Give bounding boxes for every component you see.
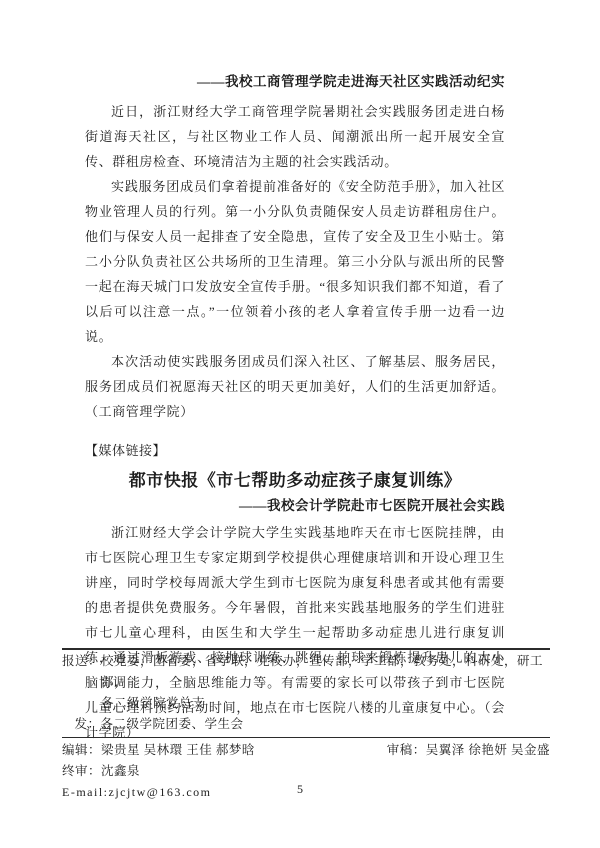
reviewers-names: 审稿：吴翼泽 徐艳妍 吴金盛 [387,740,550,761]
submitted-to-line-1: 校党委，团省委，省学联，党校办，宣传部，学工部，教务处，科研处，研工部， [101,651,550,693]
article1-paragraph-1: 近日，浙江财经大学工商管理学院暑期社会实践服务团走进白杨街道海天社区，与社区物业… [85,99,505,174]
final-review-line: 终审：沈鑫泉 [62,761,550,782]
article1-byline: ——我校工商管理学院走进海天社区实践活动纪实 [85,72,505,92]
submitted-to-row: 报送： 校党委，团省委，省学联，党校办，宣传部，学工部，教务处，科研处，研工部，… [62,651,550,714]
media-article-byline: ——我校会计学院赴市七医院开展社会实践 [85,496,505,516]
footer-middle-rule [62,737,550,738]
article1-paragraph-3: 本次活动使实践服务团成员们深入社区、了解基层、服务居民，服务团成员们祝愿海天社区… [85,349,505,424]
document-page: ——我校工商管理学院走进海天社区实践活动纪实 近日，浙江财经大学工商管理学院暑期… [0,0,600,848]
media-links-label: 【媒体链接】 [85,441,505,461]
editors-row: 编辑：梁贵星 吴林環 王佳 郝梦晗 审稿：吴翼泽 徐艳妍 吴金盛 [62,740,550,761]
submitted-to-label: 报送： [62,651,101,714]
distribution-footer: 报送： 校党委，团省委，省学联，党校办，宣传部，学工部，教务处，科研处，研工部，… [62,648,550,803]
page-number: 5 [0,782,600,797]
page-content: ——我校工商管理学院走进海天社区实践活动纪实 近日，浙江财经大学工商管理学院暑期… [85,72,505,745]
submitted-to-line-2: 各二级学院党总支 [101,693,550,714]
media-article-headline: 都市快报《市七帮助多动症孩子康复训练》 [85,468,505,494]
submitted-to-content: 校党委，团省委，省学联，党校办，宣传部，学工部，教务处，科研处，研工部， 各二级… [101,651,550,714]
article1-paragraph-2: 实践服务团成员们拿着提前准备好的《安全防范手册》，加入社区物业管理人员的行列。第… [85,174,505,349]
footer-top-rule [62,648,550,650]
editors-names: 编辑：梁贵星 吴林環 王佳 郝梦晗 [62,740,255,761]
issued-to-line: 发：各二级学院团委、学生会 [62,714,550,735]
